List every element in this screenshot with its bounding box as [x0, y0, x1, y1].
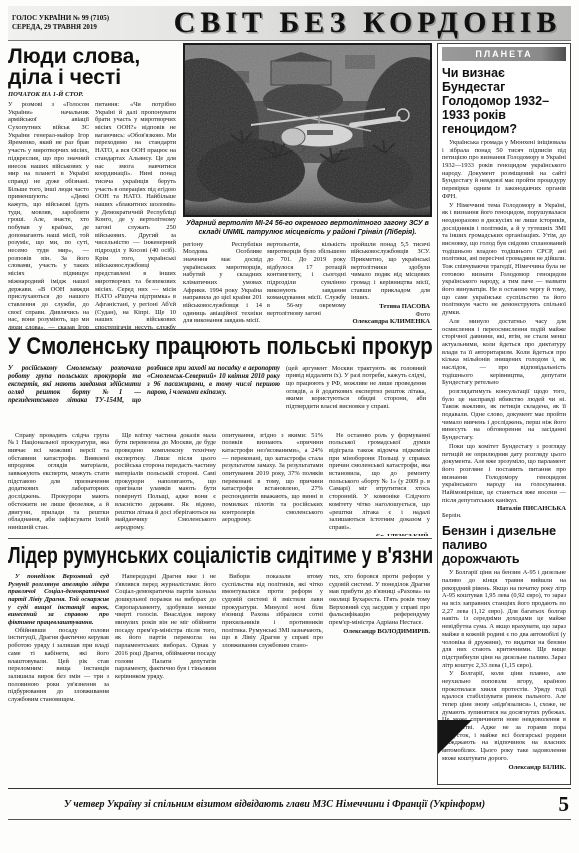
article-column: тих, хто боровся проти реформ у судовій …: [329, 573, 430, 627]
article-column: вертольотів, кількість миротворців було …: [267, 241, 346, 318]
article-paragraph: У Болгарії ціни на бензин А-95 і дизельн…: [442, 569, 566, 669]
article-paragraph: У Німеччині тема Голодомору в Україні, я…: [442, 202, 566, 317]
author-byline: Єв. ІЛЕНСЬКИЙ.: [329, 533, 430, 536]
photo-credit: ФотоОлександра КЛИМЕНКА: [351, 311, 430, 325]
continued-from-note: ПОЧАТОК НА 1-Й СТОР.: [8, 91, 177, 98]
author-byline: Наталія ПИСАНСЬКА: [442, 505, 566, 512]
article-paragraph: Поки що комітет Бундестагу з розгляду пе…: [442, 443, 566, 505]
planeta-sidebar: ПЛАНЕТА Чи визнає Бундестаг Голодомор 19…: [437, 43, 571, 785]
main-column: Люди слова,діла і честі ПОЧАТОК НА 1-Й С…: [8, 43, 432, 785]
article-lead: У понеділок Верховний суд Румунії розгля…: [8, 573, 109, 627]
article-smolensk: У Смоленську працюють польські прокурори…: [8, 329, 432, 538]
footer: У четвер Україну зі спільним візитом від…: [8, 788, 571, 820]
article-paragraph: розглядатимуть консультації щодо того, б…: [442, 388, 566, 442]
author-byline: Олександр ВОЛОДИМИРІВ.: [329, 628, 430, 635]
dateline: Берлін.: [442, 512, 566, 519]
article-lead: У російському Смоленську розпочала робот…: [8, 365, 280, 429]
article-column: Справу провадить слідча група №1 Націона…: [8, 432, 109, 532]
author-byline: Олександр БІЛИК.: [442, 764, 566, 771]
article-title: Люди слова,діла і честі: [8, 46, 177, 88]
article-column: Обійнявши посаду голови інституції, Драг…: [8, 627, 109, 704]
article-column: Ще влітку частина доказів мала бути пере…: [115, 432, 216, 532]
article-paragraph: Але минуло достатньо часу для осмислення…: [442, 318, 566, 387]
article-romania: Лідер румунських соціалістів сидітиме у …: [8, 538, 432, 785]
photo-block: Ударний вертоліт МІ-24 56-го окремого ве…: [183, 43, 432, 329]
article-title: Лідер румунських соціалістів сидітиме у …: [8, 542, 339, 569]
article-column: регіону Республіки Молдова. Особливе зна…: [183, 241, 262, 326]
masthead: ГОЛОС УКРАЇНИ № 99 (7105) СЕРЕДА, 29 ТРА…: [8, 6, 571, 41]
photo-caption: Ударний вертоліт МІ-24 56-го окремого ве…: [185, 220, 430, 238]
article-title: Бензин і дизельне паливо дорожчають: [442, 524, 566, 566]
article-column: опитування, згідно з якими: 51% поляків …: [222, 432, 323, 524]
article-column: Не останню роль у формуванні польської г…: [329, 432, 430, 532]
helicopter-photo: [183, 43, 432, 217]
page-number: 5: [541, 792, 571, 817]
article-column: У розмові з «Голосом України» начальник …: [8, 101, 89, 329]
issue-date: СЕРЕДА, 29 ТРАВНЯ 2019: [12, 23, 164, 32]
article-column: пройшли понад 5,5 тисячі військовослужбо…: [351, 241, 430, 303]
article-column: питання: «Чи потрібно Україні й далі про…: [95, 101, 176, 329]
article-title: У Смоленську працюють польські прокурори: [8, 333, 368, 361]
article-column: Напередодні Драгня вже і не з'являвся пе…: [115, 573, 216, 681]
planeta-section-label: ПЛАНЕТА: [442, 47, 566, 61]
issue-info: ГОЛОС УКРАЇНИ № 99 (7105) СЕРЕДА, 29 ТРА…: [8, 14, 164, 33]
article-column: Вибори показали втому суспільства від по…: [222, 573, 323, 650]
article-title: Чи визнає Бундестаг Голодомор 1932–1933 …: [442, 66, 566, 136]
top-row: Люди слова,діла і честі ПОЧАТОК НА 1-Й С…: [8, 43, 432, 329]
newspaper-page: ГОЛОС УКРАЇНИ № 99 (7105) СЕРЕДА, 29 ТРА…: [0, 0, 579, 853]
article-paragraph: Українська громада у Мюнхені ініціювала …: [442, 139, 566, 201]
article-people-of-word: Люди слова,діла і честі ПОЧАТОК НА 1-Й С…: [8, 43, 177, 329]
author-byline: Тетяна ПАСОВА: [351, 303, 430, 310]
corner-fold-decoration: [438, 720, 472, 754]
section-banner: СВІТ БЕЗ КОРДОНІВ: [164, 6, 571, 40]
news-ticker: У четвер Україну зі спільним візитом від…: [8, 799, 541, 810]
helicopter-photo-art: [185, 45, 430, 215]
article-column: (цей аргумент Москви трактують як головн…: [286, 365, 426, 411]
paper-title-issue: ГОЛОС УКРАЇНИ № 99 (7105): [12, 14, 164, 23]
